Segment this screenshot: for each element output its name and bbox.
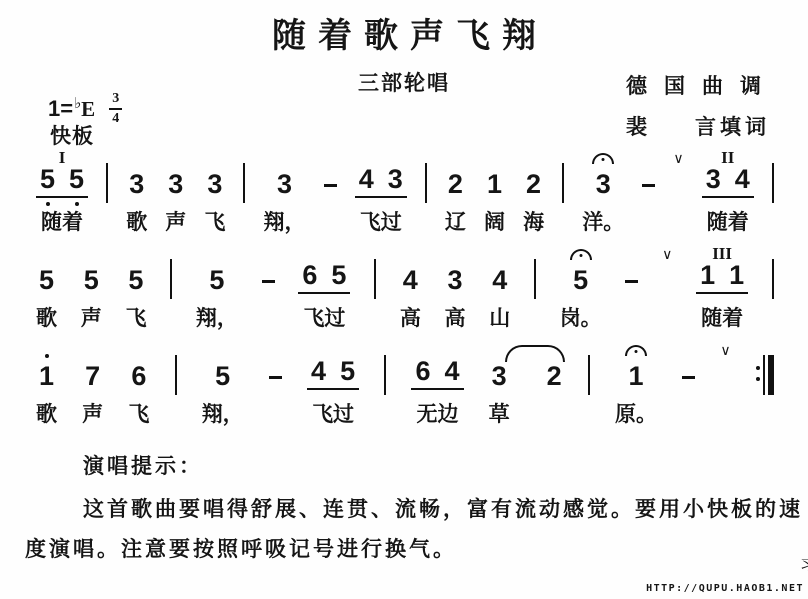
credits: 德国曲调 裴 言填词 bbox=[626, 70, 766, 141]
note-annotation bbox=[570, 242, 592, 262]
note-digit: 5 bbox=[208, 267, 225, 294]
note-digit: 3 bbox=[276, 171, 293, 198]
slur-note: 2 bbox=[546, 358, 563, 428]
lyric-syllable: 飞 bbox=[128, 400, 149, 428]
barline bbox=[772, 242, 774, 332]
beam-group: 43 bbox=[355, 166, 407, 198]
note: 4高 bbox=[400, 242, 421, 332]
note-annotation bbox=[625, 338, 647, 358]
lyric-syllable: 高 bbox=[400, 304, 421, 332]
lyric-syllable: 翔， bbox=[202, 400, 244, 428]
tips-text-line1: 这首歌曲要唱得舒展、连贯、流畅，富有流动感觉。要用小快板的速 bbox=[83, 493, 800, 523]
lyric-syllable: 草 bbox=[489, 400, 510, 428]
barline bbox=[106, 146, 108, 236]
lyric-syllable: 洋。 bbox=[582, 208, 624, 236]
note-digit: 5 bbox=[68, 166, 85, 193]
note: 1歌 bbox=[36, 338, 57, 428]
barline bbox=[772, 146, 774, 236]
tips-heading: 演唱提示： bbox=[83, 450, 800, 480]
lyric-syllable: 海 bbox=[523, 208, 544, 236]
note-digit: 3 bbox=[206, 171, 223, 198]
note-digit: 3 bbox=[705, 166, 722, 193]
note-digit: 5 bbox=[38, 267, 55, 294]
duration-dash bbox=[262, 242, 275, 332]
note-digit: 3 bbox=[595, 171, 612, 198]
note-digit: 3 bbox=[387, 166, 404, 193]
repeat-dots bbox=[756, 366, 760, 381]
barline bbox=[175, 355, 177, 395]
barline bbox=[534, 242, 536, 332]
lyric-syllable: 歌 bbox=[36, 400, 57, 428]
note: 5岗。 bbox=[560, 242, 602, 332]
barline bbox=[772, 163, 774, 203]
song-title: 随着歌声飞翔 bbox=[0, 8, 808, 57]
note: 5翔， bbox=[196, 242, 238, 332]
breath-mark: ∨ bbox=[673, 146, 683, 236]
duration-dash bbox=[269, 376, 282, 379]
note-digit: 4 bbox=[734, 166, 751, 193]
beam-group: 34 bbox=[702, 166, 754, 198]
lyric-syllable: 随着 bbox=[701, 304, 743, 332]
note-annotation: II bbox=[721, 146, 734, 166]
octave-dot-high bbox=[45, 354, 49, 358]
barline bbox=[384, 355, 386, 395]
note-digit: 1 bbox=[628, 363, 645, 390]
note-annotation: I bbox=[59, 146, 66, 166]
voice-roman-numeral: I bbox=[59, 149, 66, 166]
note: 7声 bbox=[82, 338, 103, 428]
duration-dash bbox=[269, 338, 282, 428]
barline bbox=[562, 163, 564, 203]
breath-mark-icon: ∨ bbox=[662, 248, 672, 262]
lyric-syllable: 飞 bbox=[125, 304, 146, 332]
note-digit: 5 bbox=[339, 358, 356, 385]
time-signature-denominator: 4 bbox=[112, 110, 119, 126]
note-digit: 3 bbox=[447, 267, 464, 294]
duration-dash bbox=[682, 376, 695, 379]
barline bbox=[170, 242, 172, 332]
key-letter: E bbox=[81, 99, 95, 120]
octave-dot-low bbox=[46, 202, 50, 206]
note: 1阔 bbox=[484, 146, 505, 236]
beamed-notes: 65飞过 bbox=[298, 242, 350, 332]
lyric-syllable: 翔， bbox=[196, 304, 238, 332]
breath-mark-icon: ∨ bbox=[720, 344, 730, 358]
note-digit: 5 bbox=[572, 267, 589, 294]
note: 2辽 bbox=[445, 146, 466, 236]
note: 6飞 bbox=[128, 338, 149, 428]
duration-dash bbox=[682, 338, 695, 428]
note-digit: 4 bbox=[358, 166, 375, 193]
duration-dash bbox=[642, 146, 655, 236]
duration-dash bbox=[625, 242, 638, 332]
fermata-icon bbox=[592, 153, 614, 164]
lyric-syllable: 原。 bbox=[615, 400, 657, 428]
source-url-watermark: HTTP://QUPU.HAOB1.NET bbox=[646, 583, 804, 594]
note: 3歌 bbox=[126, 146, 147, 236]
time-signature-numerator: 3 bbox=[109, 92, 122, 110]
tips-text-line2: 度演唱。注意要按照呼吸记号进行换气。 bbox=[25, 533, 800, 563]
note-digit: 2 bbox=[546, 363, 563, 390]
note: 3洋。 bbox=[582, 146, 624, 236]
note-annotation: III bbox=[712, 242, 732, 262]
music-line: 1歌7声6飞5翔，45飞过64无边3草21原。∨ bbox=[36, 338, 774, 428]
duration-dash bbox=[324, 146, 337, 236]
note-digit: 1 bbox=[486, 171, 503, 198]
note-digit: 5 bbox=[39, 166, 56, 193]
breath-mark: ∨ bbox=[720, 338, 730, 428]
duration-dash bbox=[262, 280, 275, 283]
note-digit: 4 bbox=[491, 267, 508, 294]
duration-dash bbox=[324, 184, 337, 187]
credit-lyricist-surname: 裴 bbox=[626, 111, 647, 141]
credit-lyricist-rest: 言填词 bbox=[695, 111, 770, 141]
lyric-syllable: 随着 bbox=[707, 208, 749, 236]
note-digit: 5 bbox=[330, 262, 347, 289]
beamed-notes: I55随着 bbox=[36, 146, 88, 236]
barline bbox=[374, 242, 376, 332]
fermata-icon bbox=[625, 345, 647, 356]
duration-dash bbox=[642, 184, 655, 187]
barline bbox=[106, 163, 108, 203]
beam-group: 65 bbox=[298, 262, 350, 294]
note-digit: 4 bbox=[443, 358, 460, 385]
beam-group: 55 bbox=[36, 166, 88, 198]
note-digit: 6 bbox=[414, 358, 431, 385]
note-digit: 6 bbox=[130, 363, 147, 390]
note-digit: 2 bbox=[447, 171, 464, 198]
note: 5声 bbox=[81, 242, 102, 332]
lyric-syllable: 飞过 bbox=[360, 208, 402, 236]
time-signature: 3 4 bbox=[109, 92, 122, 126]
credit-lyricist: 裴 言填词 bbox=[626, 111, 766, 141]
lyric-syllable: 声 bbox=[165, 208, 186, 236]
note-digit: 3 bbox=[128, 171, 145, 198]
barline bbox=[243, 146, 245, 236]
barline bbox=[175, 338, 177, 428]
note: 3声 bbox=[165, 146, 186, 236]
breath-mark-icon: ∨ bbox=[673, 152, 683, 166]
note-digit: 3 bbox=[491, 363, 508, 390]
thin-barline bbox=[763, 355, 765, 395]
lyric-syllable: 翔， bbox=[264, 208, 306, 236]
lyric-syllable: 随着 bbox=[41, 208, 83, 236]
note: 5飞 bbox=[125, 242, 146, 332]
duration-dash bbox=[625, 280, 638, 283]
slur-note: 3草 bbox=[489, 358, 510, 428]
beamed-notes: III11随着 bbox=[696, 242, 748, 332]
lyric-syllable: 声 bbox=[81, 304, 102, 332]
barline bbox=[772, 259, 774, 299]
note: 3高 bbox=[445, 242, 466, 332]
lyric-syllable: 高 bbox=[445, 304, 466, 332]
barline bbox=[243, 163, 245, 203]
thick-barline bbox=[768, 355, 774, 395]
breath-mark: ∨ bbox=[662, 242, 672, 332]
barline bbox=[384, 338, 386, 428]
lyric-syllable: 飞过 bbox=[312, 400, 354, 428]
music-line: I55随着3歌3声3飞3翔，43飞过2辽1阔2海3洋。∨II34随着 bbox=[36, 146, 774, 236]
beam-group: 11 bbox=[696, 262, 748, 294]
lyric-syllable: 阔 bbox=[484, 208, 505, 236]
barline bbox=[562, 146, 564, 236]
note-annotation: ∨ bbox=[720, 338, 730, 358]
key-label: 1= bbox=[48, 98, 73, 120]
beamed-notes: 45飞过 bbox=[307, 338, 359, 428]
lyric-syllable: 辽 bbox=[445, 208, 466, 236]
performance-tips: 演唱提示： 这首歌曲要唱得舒展、连贯、流畅，富有流动感觉。要用小快板的速 度演唱… bbox=[25, 450, 800, 563]
note-digit: 1 bbox=[38, 363, 55, 390]
note-digit: 1 bbox=[699, 262, 716, 289]
barline bbox=[374, 259, 376, 299]
flat-sign-icon: ♭ bbox=[74, 96, 81, 111]
fermata-icon bbox=[570, 249, 592, 260]
barline bbox=[588, 338, 590, 428]
barline bbox=[170, 259, 172, 299]
barline bbox=[534, 259, 536, 299]
lyric-syllable: 无边 bbox=[416, 400, 458, 428]
lyric-syllable: 山 bbox=[489, 304, 510, 332]
slurred-notes: 3草2 bbox=[489, 338, 563, 428]
note: 2海 bbox=[523, 146, 544, 236]
note: 1原。 bbox=[615, 338, 657, 428]
beam-group: 45 bbox=[307, 358, 359, 390]
note: 3飞 bbox=[204, 146, 225, 236]
voice-roman-numeral: II bbox=[721, 149, 734, 166]
octave-dot-low bbox=[75, 202, 79, 206]
note-digit: 1 bbox=[728, 262, 745, 289]
note-digit: 5 bbox=[83, 267, 100, 294]
lyric-syllable: 飞 bbox=[204, 208, 225, 236]
note-digit: 6 bbox=[301, 262, 318, 289]
note: 5翔， bbox=[202, 338, 244, 428]
note: 3翔， bbox=[264, 146, 306, 236]
note-digit: 5 bbox=[127, 267, 144, 294]
music-line: 5歌5声5飞5翔，65飞过4高3高4山5岗。∨III11随着 bbox=[36, 242, 774, 332]
lyric-syllable: 岗。 bbox=[560, 304, 602, 332]
lyric-syllable: 飞过 bbox=[303, 304, 345, 332]
sheet-music-page: 随着歌声飞翔 三部轮唱 德国曲调 裴 言填词 1= ♭ E 3 4 快板 I55… bbox=[0, 0, 808, 599]
score: I55随着3歌3声3飞3翔，43飞过2辽1阔2海3洋。∨II34随着5歌5声5飞… bbox=[36, 146, 774, 434]
note: 4山 bbox=[489, 242, 510, 332]
slur-group: 3草2 bbox=[489, 358, 563, 428]
lyric-syllable: 歌 bbox=[126, 208, 147, 236]
note-annotation: ∨ bbox=[662, 242, 672, 262]
note-digit: 3 bbox=[167, 171, 184, 198]
barline bbox=[425, 146, 427, 236]
note-digit: 2 bbox=[525, 171, 542, 198]
repeat-end bbox=[756, 338, 774, 428]
beam-group: 64 bbox=[411, 358, 463, 390]
note-annotation: ∨ bbox=[673, 146, 683, 166]
note-digit: 5 bbox=[214, 363, 231, 390]
note-annotation bbox=[592, 146, 614, 166]
lyric-syllable: 声 bbox=[82, 400, 103, 428]
beamed-notes: II34随着 bbox=[702, 146, 754, 236]
beamed-notes: 64无边 bbox=[411, 338, 463, 428]
credit-tune: 德国曲调 bbox=[626, 70, 783, 100]
barline bbox=[588, 355, 590, 395]
note-digit: 7 bbox=[84, 363, 101, 390]
barline bbox=[425, 163, 427, 203]
note-digit: 4 bbox=[402, 267, 419, 294]
beamed-notes: 43飞过 bbox=[355, 146, 407, 236]
lyric-syllable: 歌 bbox=[36, 304, 57, 332]
note-digit: 4 bbox=[310, 358, 327, 385]
note: 5歌 bbox=[36, 242, 57, 332]
repeat-end-barline bbox=[756, 355, 774, 390]
slur-arc bbox=[505, 345, 565, 362]
clipped-corner-glyph: 习 bbox=[800, 554, 808, 575]
